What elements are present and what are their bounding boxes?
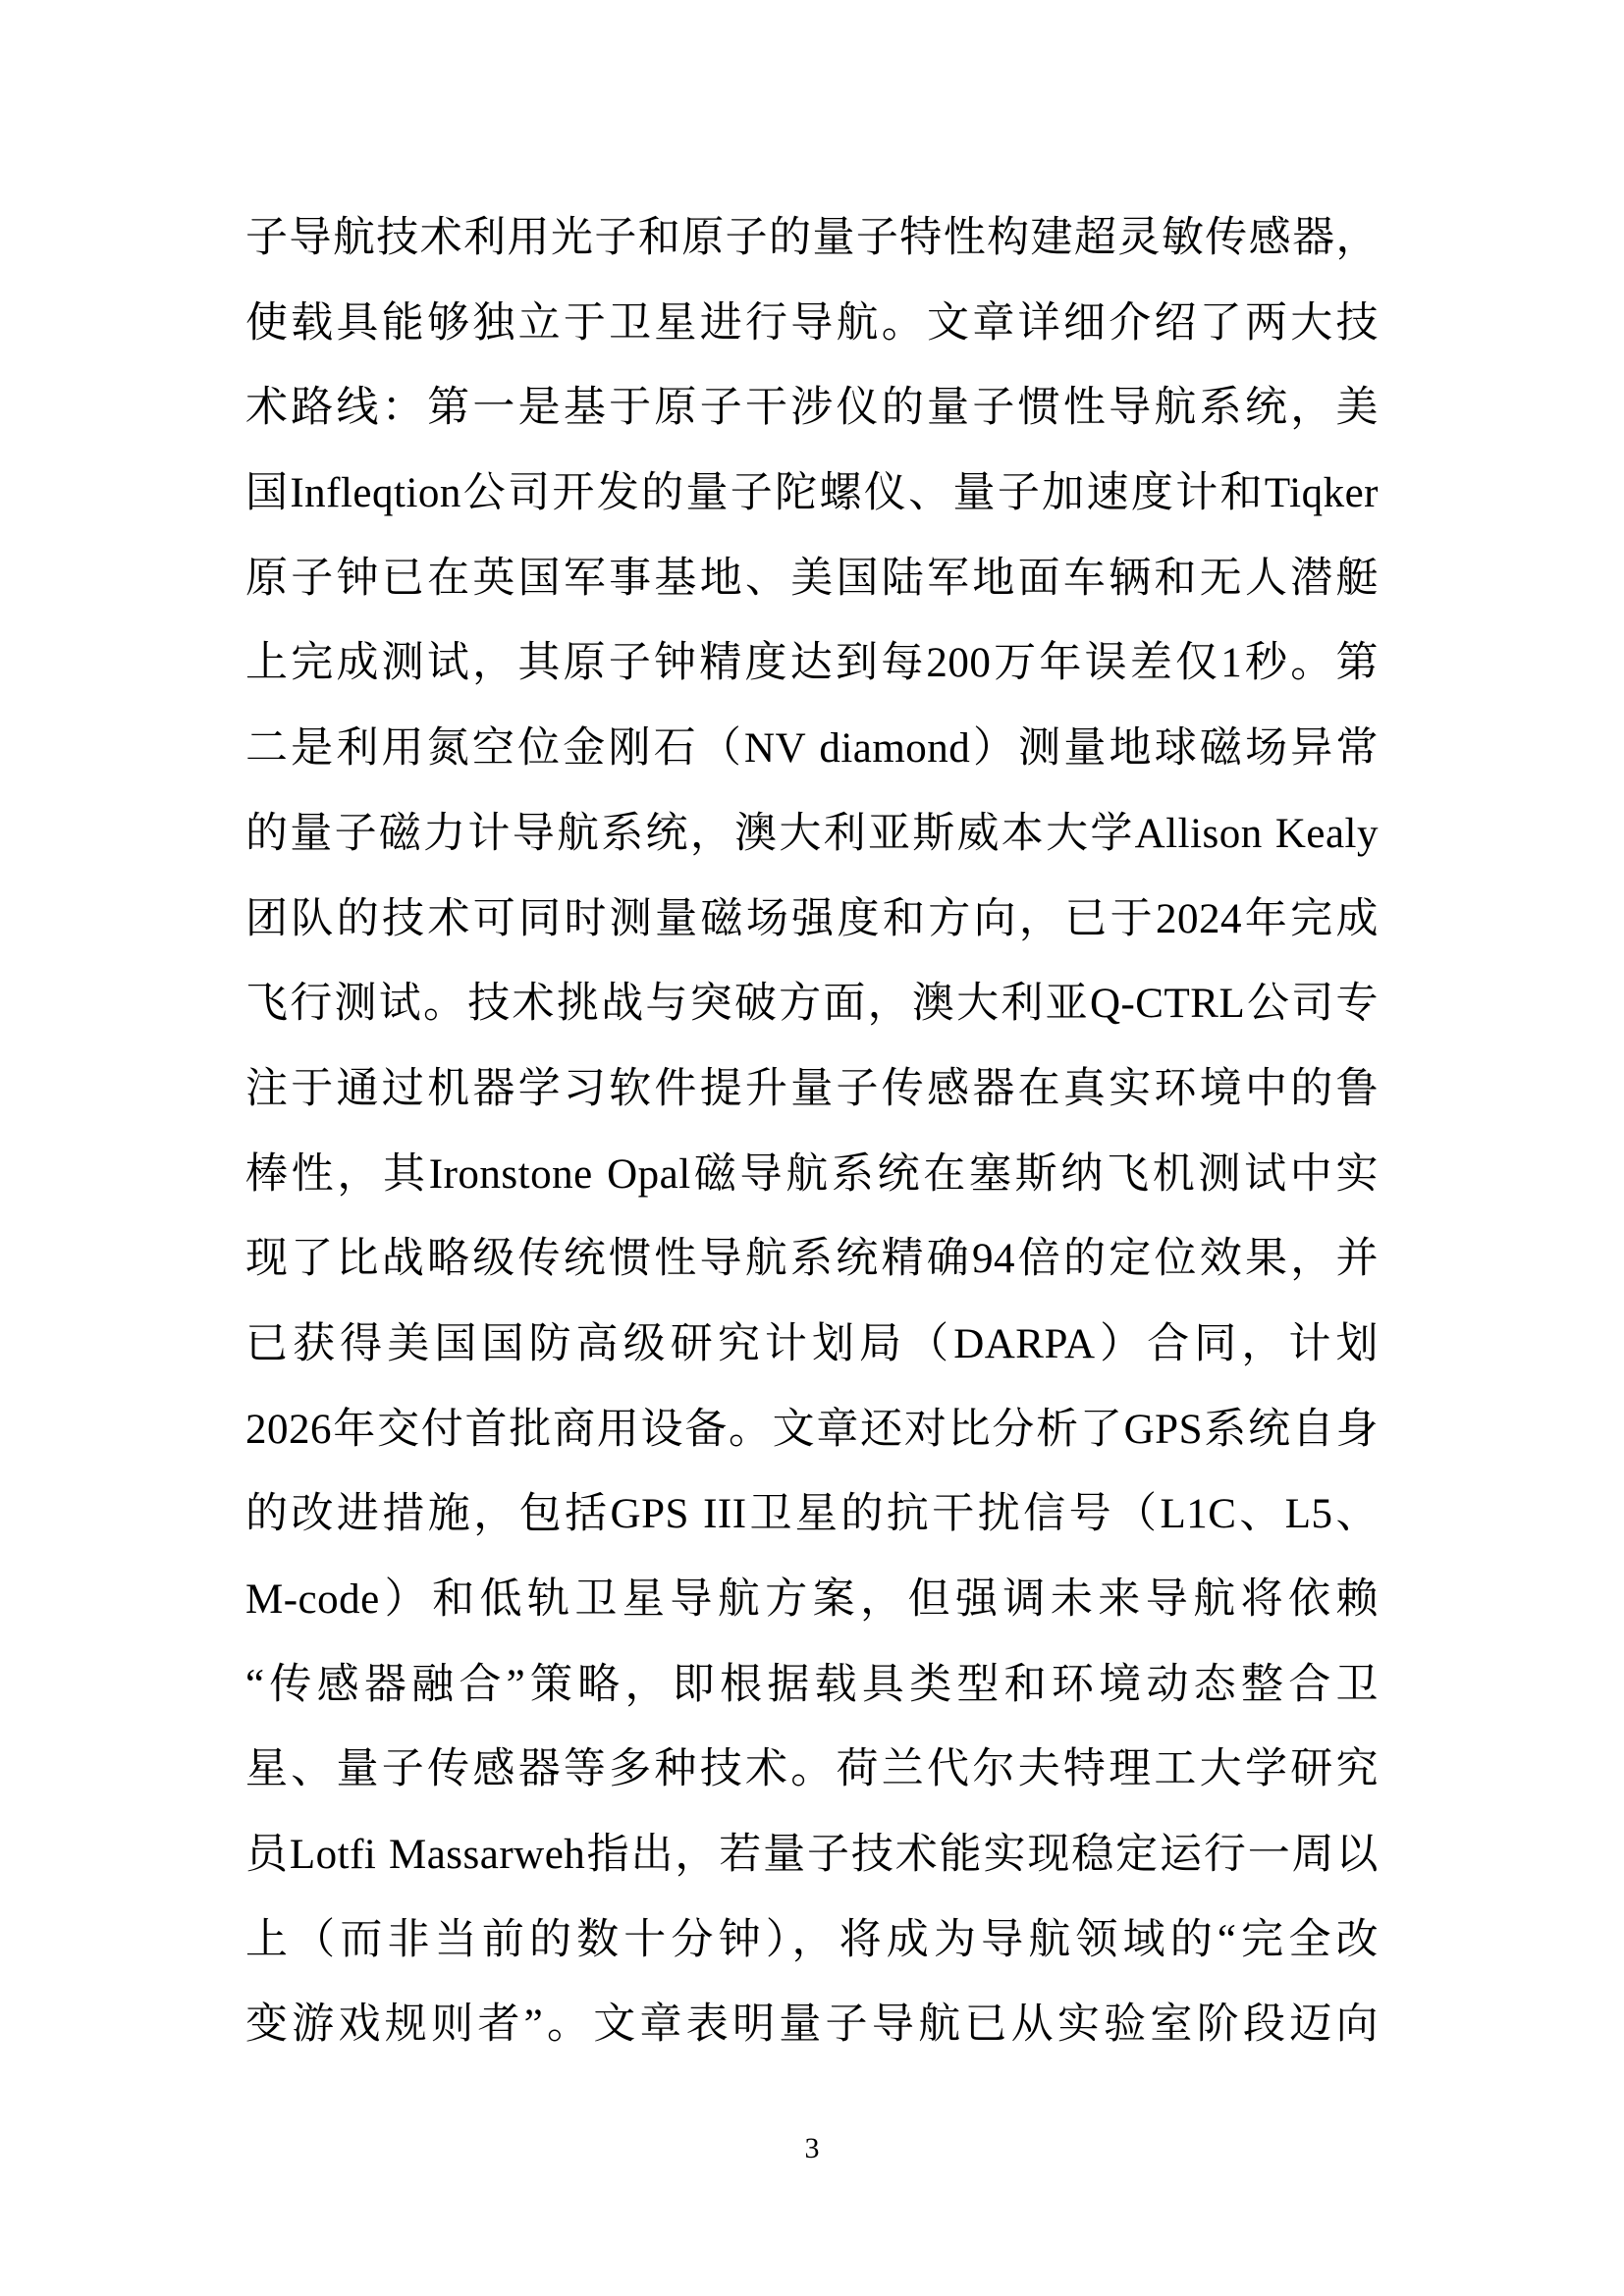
- text-line: 已获得美国国防高级研究计划局（DARPA）合同，计划: [245, 1303, 1379, 1388]
- text-line: 注于通过机器学习软件提升量子传感器在真实环境中的鲁: [245, 1047, 1379, 1133]
- text-line: 原子钟已在英国军事基地、美国陆军地面车辆和无人潜艇: [245, 537, 1379, 622]
- document-page: 子导航技术利用光子和原子的量子特性构建超灵敏传感器，使载具能够独立于卫星进行导航…: [0, 0, 1624, 2296]
- text-line: 国Infleqtion公司开发的量子陀螺仪、量子加速度计和Tiqker: [245, 452, 1379, 537]
- text-line: 术路线：第一是基于原子干涉仪的量子惯性导航系统，美: [245, 366, 1379, 452]
- page-number: 3: [805, 2132, 820, 2164]
- text-line: 二是利用氮空位金刚石（NV diamond）测量地球磁场异常: [245, 707, 1379, 792]
- text-line: 星、量子传感器等多种技术。荷兰代尔夫特理工大学研究: [245, 1728, 1379, 1813]
- page-footer: 3: [0, 2130, 1624, 2167]
- text-line: M-code）和低轨卫星导航方案，但强调未来导航将依赖: [245, 1558, 1379, 1643]
- text-line: 上完成测试，其原子钟精度达到每200万年误差仅1秒。第: [245, 621, 1379, 707]
- text-line: 的改进措施，包括GPS III卫星的抗干扰信号（L1C、L5、: [245, 1472, 1379, 1558]
- text-line: 的量子磁力计导航系统，澳大利亚斯威本大学Allison Kealy: [245, 792, 1379, 878]
- body-text: 子导航技术利用光子和原子的量子特性构建超灵敏传感器，使载具能够独立于卫星进行导航…: [245, 196, 1379, 2068]
- text-line: 飞行测试。技术挑战与突破方面，澳大利亚Q-CTRL公司专: [245, 962, 1379, 1047]
- text-line: 子导航技术利用光子和原子的量子特性构建超灵敏传感器，: [245, 196, 1379, 282]
- text-line: 现了比战略级传统惯性导航系统精确94倍的定位效果，并: [245, 1217, 1379, 1303]
- text-line: 变游戏规则者”。文章表明量子导航已从实验室阶段迈向: [245, 1983, 1379, 2068]
- text-line: 上（而非当前的数十分钟），将成为导航领域的“完全改: [245, 1898, 1379, 1984]
- text-line: “传感器融合”策略，即根据载具类型和环境动态整合卫: [245, 1643, 1379, 1729]
- text-line: 2026年交付首批商用设备。文章还对比分析了GPS系统自身: [245, 1388, 1379, 1473]
- text-line: 使载具能够独立于卫星进行导航。文章详细介绍了两大技: [245, 282, 1379, 367]
- text-line: 团队的技术可同时测量磁场强度和方向，已于2024年完成: [245, 878, 1379, 963]
- text-line: 棒性，其Ironstone Opal磁导航系统在塞斯纳飞机测试中实: [245, 1133, 1379, 1218]
- text-line: 员Lotfi Massarweh指出，若量子技术能实现稳定运行一周以: [245, 1813, 1379, 1898]
